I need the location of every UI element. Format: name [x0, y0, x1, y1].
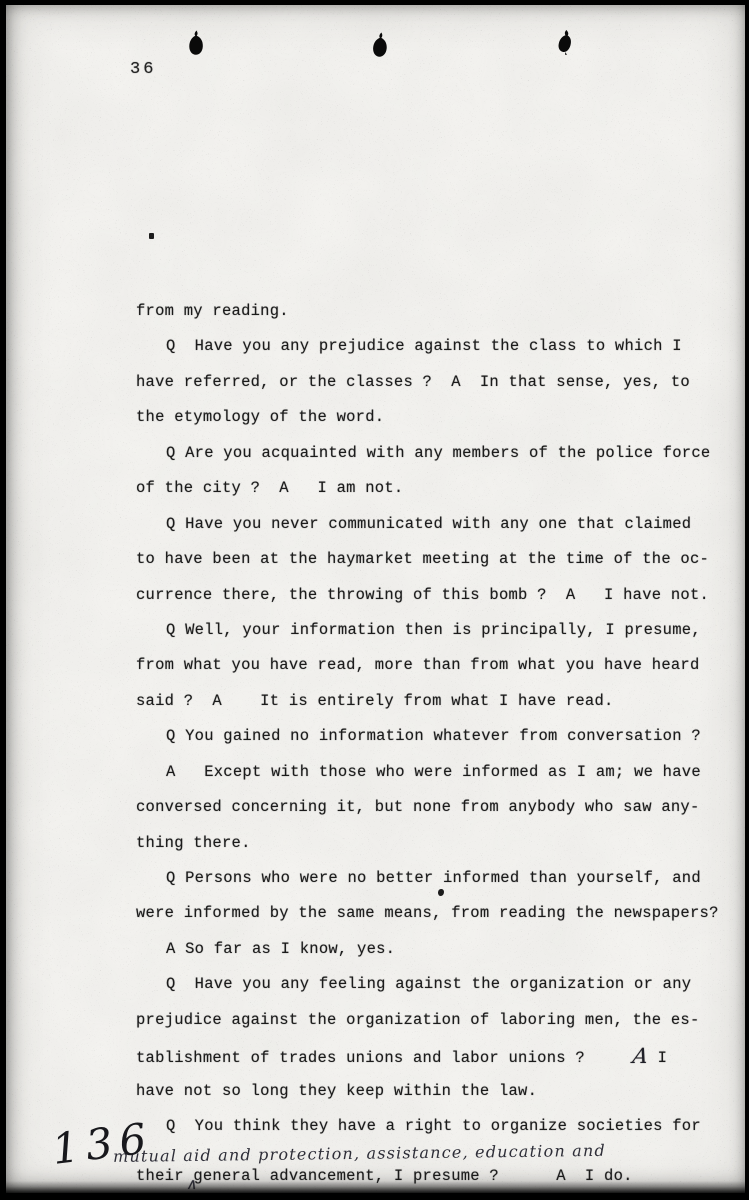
typed-text: the etymology of the word. — [136, 408, 384, 426]
paper: 36 from my reading.Q Have you any prejud… — [6, 5, 745, 1193]
typed-text: Q You gained no information whatever fro… — [166, 727, 701, 745]
typed-text: A So far as I know, yes. — [166, 940, 395, 958]
transcript-line: their ∧general advancement, I presume ? … — [136, 1164, 749, 1188]
ink-blot-mark — [553, 28, 577, 59]
typed-text: tablishment of trades unions and labor u… — [136, 1049, 633, 1067]
typed-text: mutual aid and protection, assistance, e… — [113, 1140, 606, 1165]
typed-text: from what you have read, more than from … — [136, 656, 700, 674]
transcript-line: thing there. — [136, 825, 749, 860]
transcript-line: Q Have you any feeling against the organ… — [136, 966, 749, 1001]
typed-text: their — [136, 1167, 193, 1185]
transcript-line: of the city ? A I am not. — [136, 470, 749, 505]
typed-text: Q Are you acquainted with any members of… — [166, 444, 710, 462]
transcript-line: Q Have you never communicated with any o… — [136, 506, 749, 541]
typed-text: were informed by the same means, from re… — [136, 904, 719, 922]
transcript-line: A Except with those who were informed as… — [136, 754, 749, 789]
transcript-line: Q You think they have a right to organiz… — [136, 1108, 749, 1143]
typed-text: Q Persons who were no better informed th… — [166, 869, 701, 887]
transcript-line: prejudice against the organization of la… — [136, 1002, 749, 1037]
typed-text: of the city ? A I am not. — [136, 479, 403, 497]
typed-text: conversed concerning it, but none from a… — [136, 798, 700, 816]
transcript-line: were informed by the same means, from re… — [136, 895, 749, 930]
typed-text: to have been at the haymarket meeting at… — [136, 550, 709, 568]
typed-text: Q Have you never communicated with any o… — [166, 515, 691, 533]
ink-speck — [149, 233, 154, 239]
transcript-line: currence there, the throwing of this bom… — [136, 577, 749, 612]
transcript-line: conversed concerning it, but none from a… — [136, 789, 749, 824]
transcript-line: have not so long they keep within the la… — [136, 1073, 749, 1108]
scanned-page: 36 from my reading.Q Have you any prejud… — [0, 0, 749, 1200]
transcript-line: Q Persons who were no better informed th… — [136, 860, 749, 895]
typed-text: Q Have you any feeling against the organ… — [166, 975, 691, 993]
transcript-line: Q Are you acquainted with any members of… — [136, 435, 749, 470]
typed-text: have not so long they keep within the la… — [136, 1082, 537, 1100]
handwritten-answer-a: A — [631, 1045, 650, 1067]
typed-text: I — [648, 1049, 667, 1067]
ink-blot-mark — [369, 31, 391, 60]
transcript-line: A So far as I know, yes. — [136, 931, 749, 966]
transcript-line: Q Well, your information then is princip… — [136, 612, 749, 647]
transcript-line: Q Have you any prejudice against the cla… — [136, 328, 749, 363]
typed-text: Q Well, your information then is princip… — [166, 621, 701, 639]
typed-text: Q You think they have a right to organiz… — [166, 1117, 701, 1135]
typed-text: thing there. — [136, 834, 251, 852]
transcript-line: Q You gained no information whatever fro… — [136, 718, 749, 753]
typed-text: said ? A It is entirely from what I have… — [136, 692, 614, 710]
transcript-line: said ? A It is entirely from what I have… — [136, 683, 749, 718]
typed-text: general advancement, I presume ? A I do. — [193, 1167, 632, 1185]
typed-text: prejudice against the organization of la… — [136, 1011, 700, 1029]
transcript-line: from what you have read, more than from … — [136, 647, 749, 682]
ink-blot-mark — [186, 30, 206, 58]
page-number: 36 — [130, 60, 156, 79]
typed-text: currence there, the throwing of this bom… — [136, 586, 709, 604]
transcript-line: have referred, or the classes ? A In tha… — [136, 364, 749, 399]
transcript-lines: from my reading.Q Have you any prejudice… — [136, 293, 749, 1188]
transcript-line: from my reading. — [136, 293, 749, 328]
typed-text: from my reading. — [136, 302, 289, 320]
transcript-line: tablishment of trades unions and labor u… — [136, 1037, 749, 1072]
typed-text: Q Have you any prejudice against the cla… — [166, 337, 682, 355]
typed-text: A Except with those who were informed as… — [166, 763, 701, 781]
transcript-line: to have been at the haymarket meeting at… — [136, 541, 749, 576]
transcript-line: the etymology of the word. — [136, 399, 749, 434]
typed-text: have referred, or the classes ? A In tha… — [136, 373, 690, 391]
